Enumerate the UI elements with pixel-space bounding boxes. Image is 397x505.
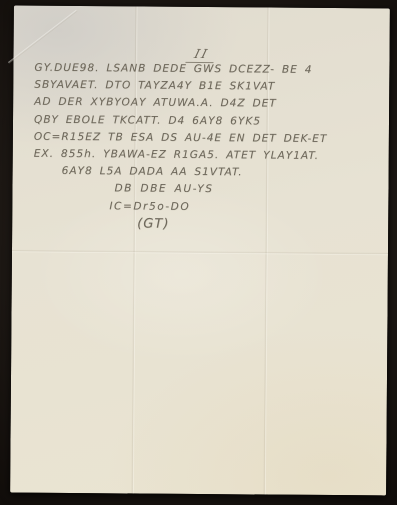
manuscript-line: AD DER XYBYOAY ATUWA.A. D4Z DET: [34, 94, 383, 114]
manuscript-text: GY.DUE98. LSANB DEDE GWS DCEZZ- BE 4 SBY…: [33, 60, 383, 235]
scan-background: II GY.DUE98. LSANB DEDE GWS DCEZZ- BE 4 …: [0, 0, 397, 505]
document-paper: II GY.DUE98. LSANB DEDE GWS DCEZZ- BE 4 …: [10, 6, 390, 496]
fold-crease-horizontal: [12, 250, 388, 256]
manuscript-line: 6AY8 L5A DADA AA S1VTAT.: [62, 163, 383, 183]
manuscript-signature-initials: (GT): [137, 215, 382, 234]
manuscript-line: DB DBE AU-YS: [114, 181, 382, 200]
manuscript-line: IC=Dr5o-DO: [109, 198, 382, 217]
